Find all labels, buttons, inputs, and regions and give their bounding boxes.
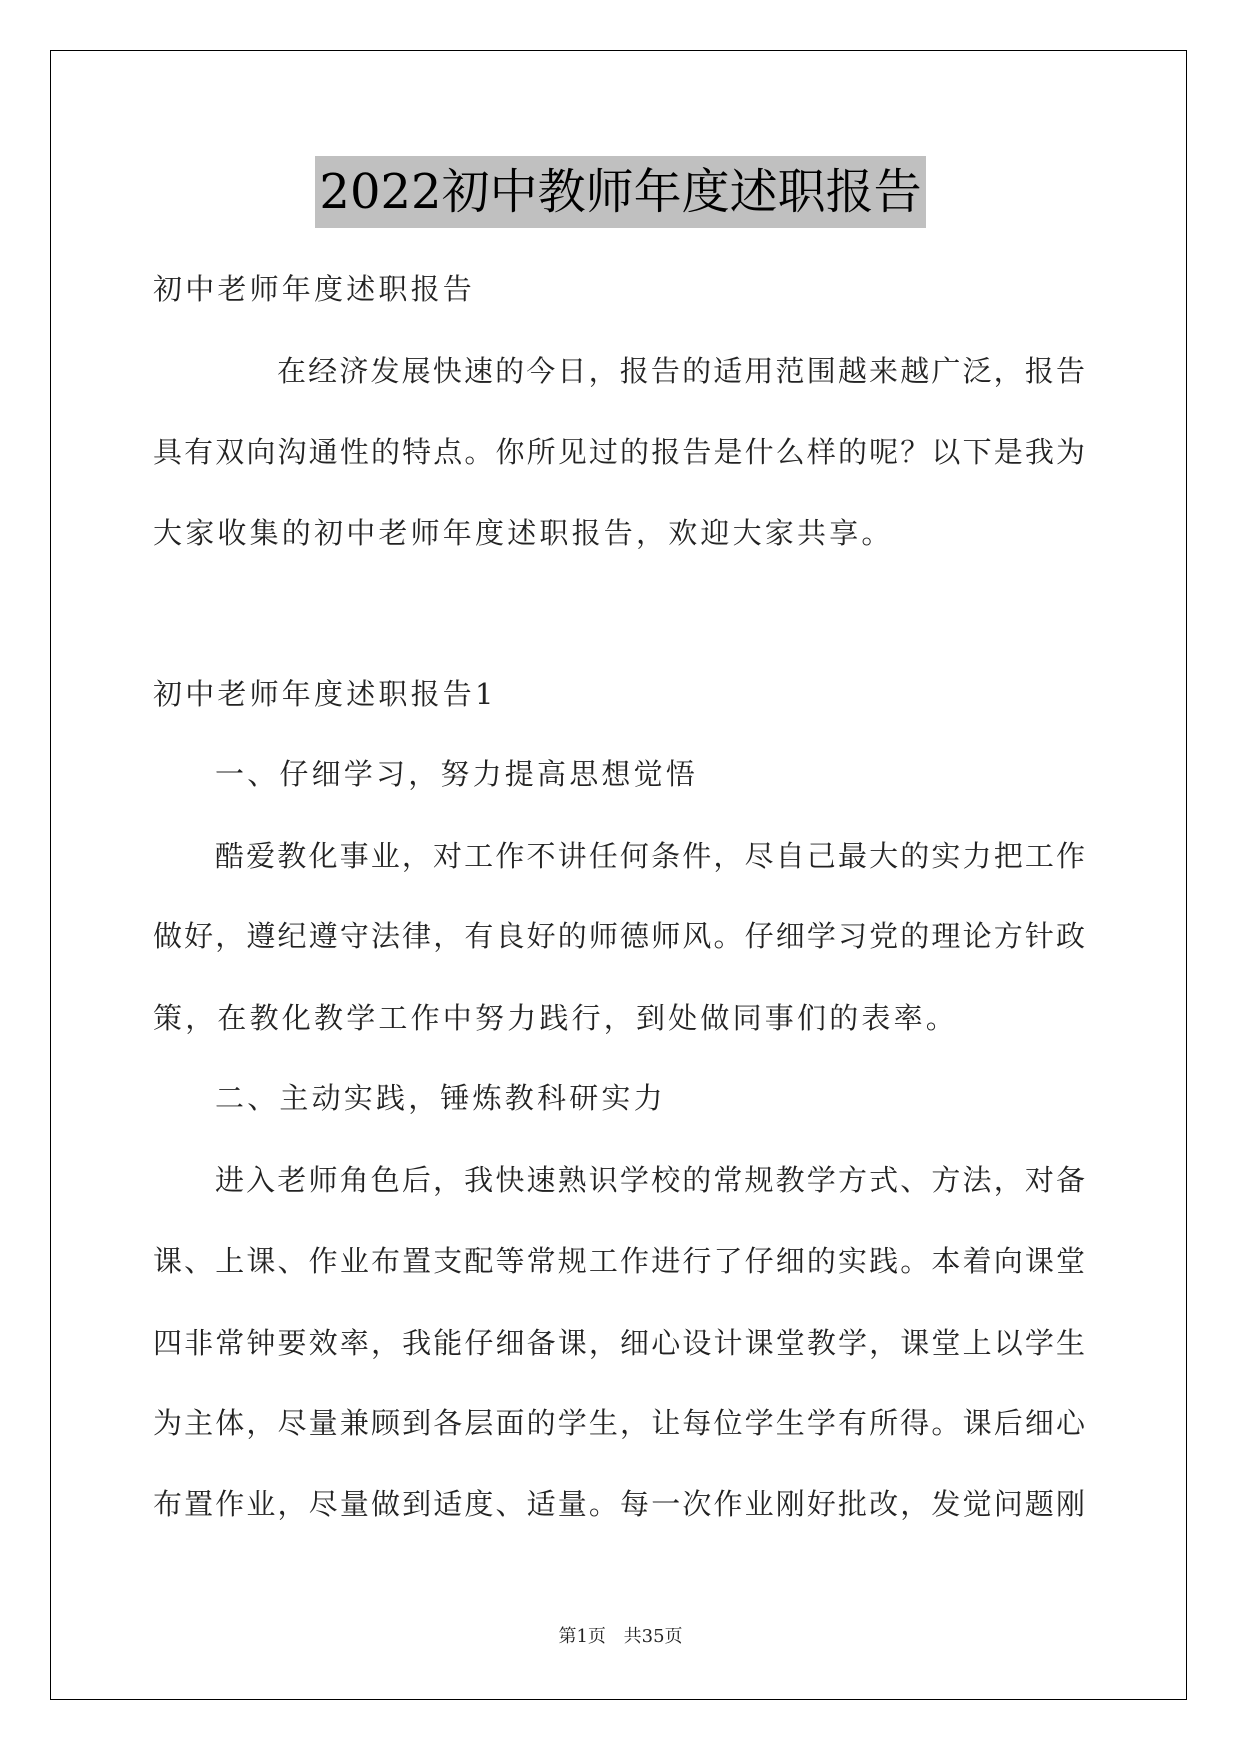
paragraph-line: 做好，遵纪遵守法律，有良好的师德师风。仔细学习党的理论方针政: [153, 916, 1085, 956]
heading-line: 初中老师年度述职报告1: [153, 674, 1085, 714]
page-footer: 第1页 共35页: [0, 1622, 1241, 1648]
page-number: 第1页: [558, 1626, 605, 1647]
paragraph-line: 策，在教化教学工作中努力践行，到处做同事们的表率。: [153, 998, 1085, 1038]
heading-line: 初中老师年度述职报告: [153, 269, 1085, 309]
paragraph-line: 进入老师角色后，我快速熟识学校的常规教学方式、方法，对备: [215, 1160, 1085, 1200]
title-container: 2022初中教师年度述职报告: [0, 156, 1241, 228]
paragraph-line: 为主体，尽量兼顾到各层面的学生，让每位学生学有所得。课后细心: [153, 1403, 1085, 1443]
paragraph-line: 课、上课、作业布置支配等常规工作进行了仔细的实践。本着向课堂: [153, 1241, 1085, 1281]
paragraph-line: 大家收集的初中老师年度述职报告，欢迎大家共享。: [153, 513, 1085, 553]
paragraph-line: 四非常钟要效率，我能仔细备课，细心设计课堂教学，课堂上以学生: [153, 1323, 1085, 1363]
subheading-line: 二、主动实践，锤炼教科研实力: [215, 1078, 1085, 1118]
document-title: 2022初中教师年度述职报告: [315, 156, 925, 228]
page-total: 共35页: [624, 1626, 683, 1647]
subheading-line: 一、仔细学习，努力提高思想觉悟: [215, 754, 1085, 794]
paragraph-line: 具有双向沟通性的特点。你所见过的报告是什么样的呢？以下是我为: [153, 432, 1085, 472]
paragraph-line: 布置作业，尽量做到适度、适量。每一次作业刚好批改，发觉问题刚: [153, 1484, 1085, 1524]
paragraph-line: 在经济发展快速的今日，报告的适用范围越来越广泛，报告: [277, 351, 1085, 391]
paragraph-line: 酷爱教化事业，对工作不讲任何条件，尽自己最大的实力把工作: [215, 836, 1085, 876]
